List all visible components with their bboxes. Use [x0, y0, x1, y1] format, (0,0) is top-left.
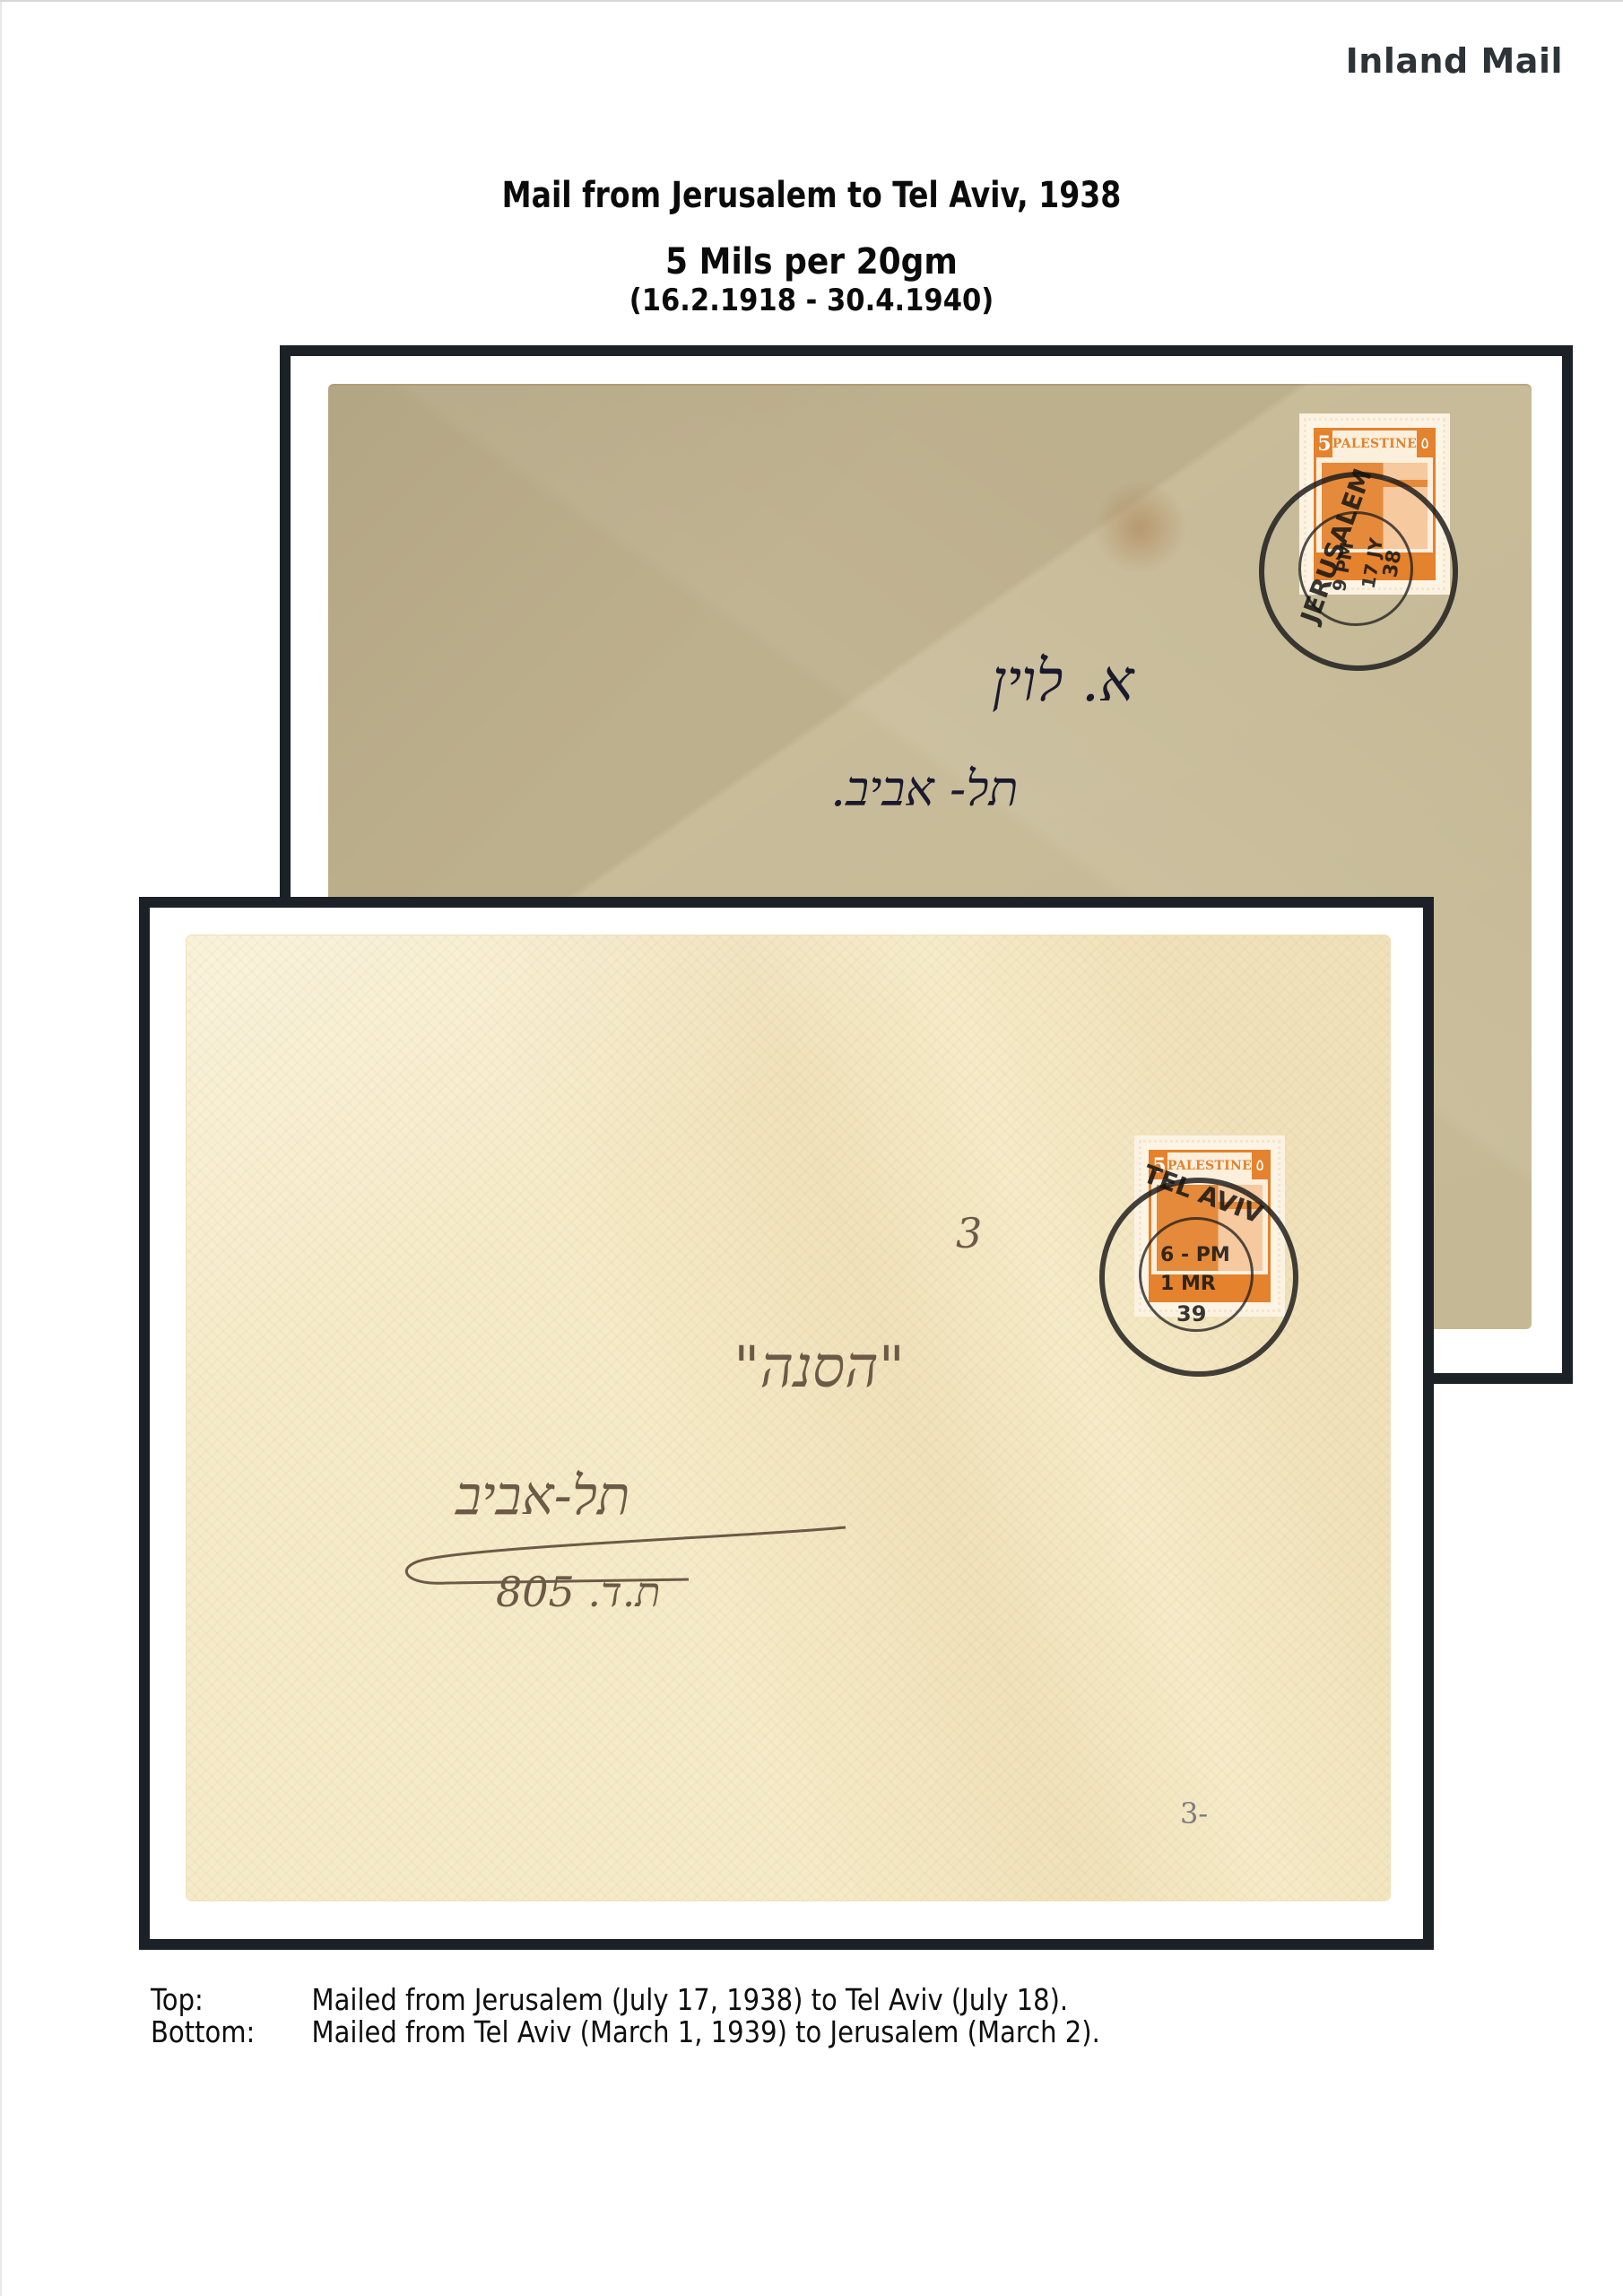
addressee-name: א. לוין: [992, 648, 1134, 715]
postmark-year: 38: [1379, 548, 1406, 579]
side-note: 3: [956, 1209, 982, 1257]
caption-bottom: Bottom:Mailed from Tel Aviv (March 1, 19…: [151, 2014, 1100, 2049]
pencil-note: 3-: [1180, 1796, 1208, 1831]
bottom-cover-envelope: 5 PALESTINE ٥ TEL AVIV 6 - PM 1 MR 39 3 …: [187, 935, 1390, 1900]
caption-label: Bottom:: [151, 2014, 312, 2049]
page-edge-top: [0, 0, 1623, 2]
page-edge: [0, 0, 2, 2296]
caption-label: Top:: [151, 1982, 312, 2017]
paper-texture: [187, 935, 1390, 1900]
tel-aviv-postmark: TEL AVIV 6 - PM 1 MR 39: [1099, 1178, 1298, 1377]
stamp-country: PALESTINE: [1332, 437, 1417, 451]
addressee-city: תל- אביב.: [830, 761, 1018, 817]
stamp-value-arabic: ٥: [1252, 1152, 1268, 1179]
stamp-value-arabic: ٥: [1417, 430, 1433, 457]
postmark-date: 1 MR: [1160, 1273, 1216, 1295]
stain: [1090, 483, 1189, 572]
caption-text: Mailed from Jerusalem (July 17, 1938) to…: [312, 1982, 1069, 2017]
po-box: ת.ד. 805: [496, 1568, 660, 1616]
postmark-year: 39: [1176, 1301, 1206, 1326]
section-label: Inland Mail: [1346, 41, 1563, 81]
postal-rate: 5 Mils per 20gm: [82, 244, 1542, 280]
addressee-name: "הסנה": [733, 1335, 905, 1401]
page-title: Mail from Jerusalem to Tel Aviv, 1938: [65, 175, 1558, 216]
postmark-time: 6 - PM: [1160, 1244, 1230, 1266]
stamp-value: 5: [1316, 430, 1332, 457]
caption-text: Mailed from Tel Aviv (March 1, 1939) to …: [312, 2014, 1100, 2049]
jerusalem-postmark: JERUSALEM 9 PM 17 JY 38: [1259, 472, 1458, 671]
caption-top: Top:Mailed from Jerusalem (July 17, 1938…: [151, 1982, 1068, 2017]
rate-period: (16.2.1918 - 30.4.1940): [82, 285, 1542, 316]
